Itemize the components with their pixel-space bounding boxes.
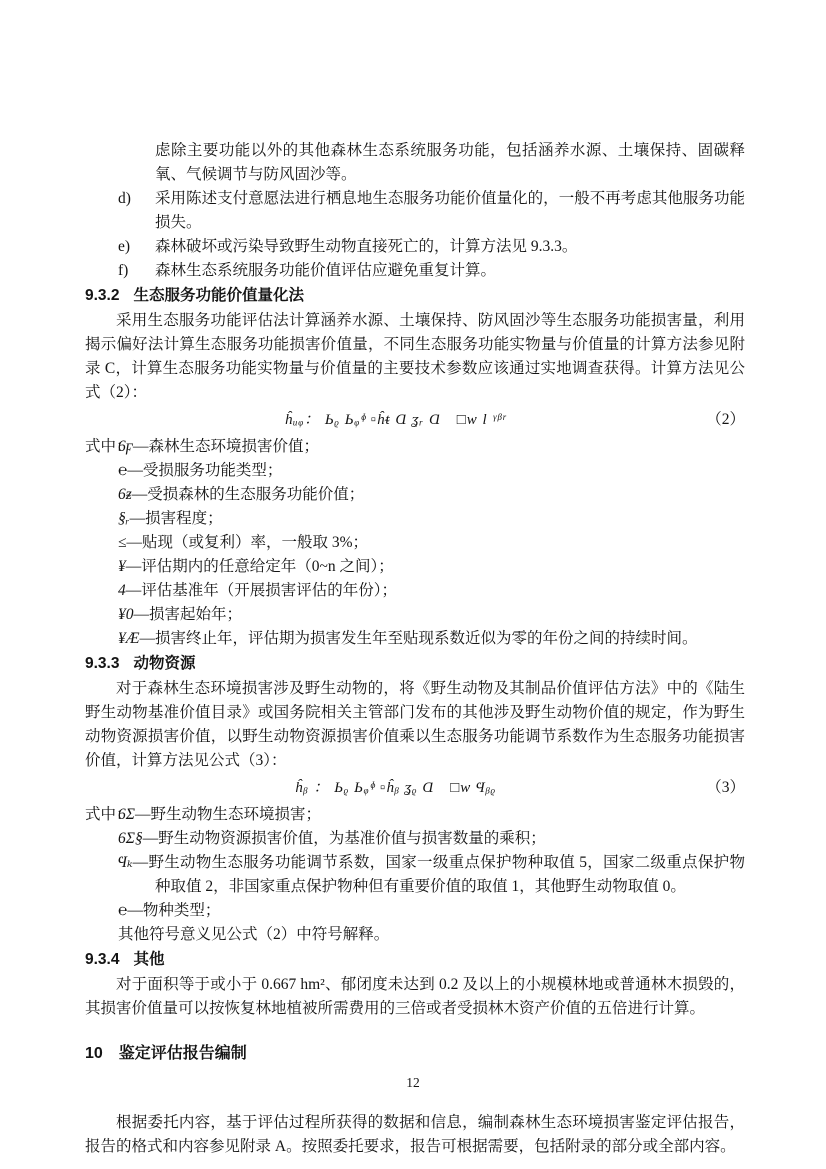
symbol-text: —损害终止年，评估期为损害发生年至贴现系数近似为零的年份之间的持续时间。 (140, 630, 698, 647)
chapter-10-paragraph: 根据委托内容，基于评估过程所获得的数据和信息，编制森林生态环境损害鉴定评估报告，… (85, 1111, 745, 1159)
symbol-text: —评估期内的任意给定年（0~n 之间）； (126, 558, 394, 575)
symbol-text: —贴现（或复利）率，一般取 3%； (127, 534, 369, 551)
symbol-definition: §ᵣ—损害程度； (85, 507, 745, 531)
symbol-text: —评估基准年（开展损害评估的年份）； (126, 582, 397, 599)
symbol-glyph: ¥Æ (118, 630, 140, 647)
symbol-glyph: 6Σ§ (118, 830, 143, 847)
symbol-glyph: ℮ (118, 902, 127, 919)
document-body: 虑除主要功能以外的其他森林生态系统服务功能，包括涵养水源、土壤保持、固碳释氧、气… (0, 0, 826, 1169)
symbol-glyph: 6ᵶ (118, 486, 132, 503)
list-item-f: f) 森林生态系统服务功能价值评估应避免重复计算。 (118, 259, 745, 283)
symbol-definition: ℮—物种类型； (85, 899, 745, 923)
section-title: 其他 (133, 951, 164, 968)
formula-2-symbol-list: 式中： 6ϝ—森林生态环境损害价值； ℮—受损服务功能类型； 6ᵶ—受损森林的生… (85, 435, 745, 651)
list-item-text: 森林破坏或污染导致野生动物直接死亡的，计算方法见 9.3.3。 (155, 235, 745, 259)
symbol-text: —受损服务功能类型； (127, 462, 282, 479)
symbol-text: —物种类型； (127, 902, 220, 919)
symbol-glyph: Ϥₖ (118, 854, 133, 871)
formula-3-symbol-list: 式中： 6Σ—野生动物生态环境损害； 6Σ§—野生动物资源损害价值，为基准价值与… (85, 803, 745, 947)
section-heading-9-3-4: 9.3.4其他 (85, 948, 745, 972)
where-label: 式中： (85, 803, 132, 827)
symbol-note: 其他符号意义见公式（2）中符号解释。 (85, 923, 745, 947)
section-9-3-3-paragraph: 对于森林生态环境损害涉及野生动物的，将《野生动物及其制品价值评估方法》中的《陆生… (85, 677, 745, 773)
chapter-title: 鉴定评估报告编制 (119, 1045, 247, 1062)
symbol-text: —野生动物资源损害价值，为基准价值与损害数量的乘积； (143, 830, 546, 847)
list-item-text: 森林生态系统服务功能价值评估应避免重复计算。 (155, 259, 745, 283)
symbol-text: —损害起始年； (134, 606, 243, 623)
symbol-definition: 6ϝ—森林生态环境损害价值； (85, 435, 745, 459)
symbol-glyph: ≤ (118, 534, 127, 551)
section-heading-9-3-2: 9.3.2生态服务功能价值量化法 (85, 284, 745, 308)
formula-2: ĥᵤᵩ： Ьᵨ Ьᵩᶲ ▫ĥᵵ Ɑ ʓᵣ Ɑ □w Ɩ ᵞᵝʳ （2） (85, 408, 745, 432)
list-item-e: e) 森林破坏或污染导致野生动物直接死亡的，计算方法见 9.3.3。 (118, 235, 745, 259)
symbol-glyph: 4 (118, 582, 126, 599)
symbol-definition: 6Σ§—野生动物资源损害价值，为基准价值与损害数量的乘积； (85, 827, 745, 851)
symbol-glyph: ¥ (118, 558, 126, 575)
section-title: 动物资源 (133, 655, 195, 672)
chapter-number: 10 (85, 1045, 103, 1062)
formula-3-number: （3） (706, 776, 745, 800)
symbol-text: —受损森林的生态服务功能价值； (132, 486, 365, 503)
symbol-text: —野生动物生态服务功能调节系数，国家一级重点保护物种取值 5，国家二级重点保护物… (133, 854, 745, 895)
formula-3-expression: ĥᵦ ： Ьᵨ Ьᵩᶲ ▫ĥᵦ ʓᵨ Ɑ □w Ϥᵦᵨ (85, 776, 706, 800)
symbol-definition: ¥Æ—损害终止年，评估期为损害发生年至贴现系数近似为零的年份之间的持续时间。 (85, 627, 745, 651)
symbol-definition: ¥0—损害起始年； (85, 603, 745, 627)
section-9-3-4-paragraph: 对于面积等于或小于 0.667 hm²、郁闭度未达到 0.2 及以上的小规模林地… (85, 973, 745, 1021)
list-item-label: e) (118, 235, 155, 259)
symbol-text: —森林生态环境损害价值； (133, 438, 319, 455)
list-item-label: f) (118, 259, 155, 283)
symbol-text: —野生动物生态环境损害； (135, 806, 321, 823)
symbol-definition: 4—评估基准年（开展损害评估的年份）； (85, 579, 745, 603)
section-title: 生态服务功能价值量化法 (133, 287, 304, 304)
list-item-text: 采用陈述支付意愿法进行栖息地生态服务功能价值量化的，一般不再考虑其他服务功能损失… (155, 187, 745, 235)
section-heading-9-3-3: 9.3.3动物资源 (85, 652, 745, 676)
formula-3: ĥᵦ ： Ьᵨ Ьᵩᶲ ▫ĥᵦ ʓᵨ Ɑ □w Ϥᵦᵨ （3） (85, 776, 745, 800)
page-number: 12 (0, 1071, 826, 1095)
symbol-glyph: §ᵣ (118, 510, 130, 527)
document-page: { "page": { "number": "12" }, "intro": {… (0, 0, 826, 1169)
section-number: 9.3.4 (85, 951, 119, 968)
symbol-definition: 6ᵶ—受损森林的生态服务功能价值； (85, 483, 745, 507)
list-continuation-paragraph: 虑除主要功能以外的其他森林生态系统服务功能，包括涵养水源、土壤保持、固碳释氧、气… (155, 139, 745, 187)
symbol-text: —损害程度； (130, 510, 223, 527)
section-number: 9.3.3 (85, 655, 119, 672)
symbol-definition: Ϥₖ—野生动物生态服务功能调节系数，国家一级重点保护物种取值 5，国家二级重点保… (85, 851, 745, 899)
section-9-3-2-paragraph: 采用生态服务功能评估法计算涵养水源、土壤保持、防风固沙等生态服务功能损害量，利用… (85, 309, 745, 405)
formula-2-number: （2） (706, 408, 745, 432)
formula-2-expression: ĥᵤᵩ： Ьᵨ Ьᵩᶲ ▫ĥᵵ Ɑ ʓᵣ Ɑ □w Ɩ ᵞᵝʳ (85, 408, 706, 432)
symbol-definition: 6Σ—野生动物生态环境损害； (85, 803, 745, 827)
list-item-label: d) (118, 187, 155, 235)
symbol-glyph: ℮ (118, 462, 127, 479)
symbol-definition: ¥—评估期内的任意给定年（0~n 之间）； (85, 555, 745, 579)
list-item-d: d) 采用陈述支付意愿法进行栖息地生态服务功能价值量化的，一般不再考虑其他服务功… (118, 187, 745, 235)
symbol-definition: ≤—贴现（或复利）率，一般取 3%； (85, 531, 745, 555)
symbol-glyph: ¥0 (118, 606, 134, 623)
chapter-heading-10: 10鉴定评估报告编制 (85, 1042, 745, 1066)
where-label: 式中： (85, 435, 132, 459)
symbol-definition: ℮—受损服务功能类型； (85, 459, 745, 483)
section-number: 9.3.2 (85, 287, 119, 304)
